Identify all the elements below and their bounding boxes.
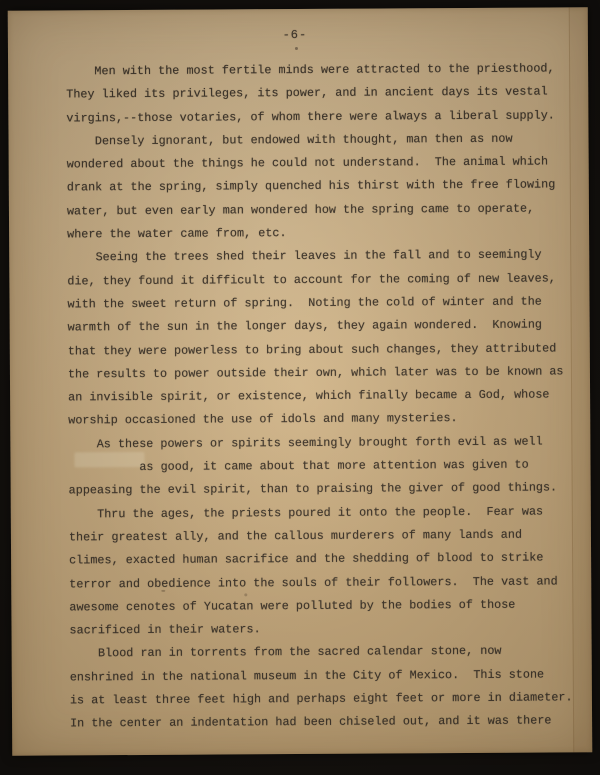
text-line: climes, exacted human sacrifice and the … — [69, 546, 585, 572]
text-line: worship occasioned the use of idols and … — [68, 407, 584, 433]
text-line: an invisible spirit, or existence, which… — [68, 383, 584, 409]
document-page: -6- Men with the most fertile minds were… — [8, 7, 593, 756]
text-line: that they were powerless to bring about … — [68, 337, 584, 363]
text-line: Seeing the trees shed their leaves in th… — [67, 244, 583, 270]
paragraph-1: Men with the most fertile minds were att… — [66, 57, 582, 130]
text-line: where the water came from, etc. — [67, 220, 583, 246]
text-line: They liked its privileges, its power, an… — [66, 81, 582, 107]
paragraph-6: Blood ran in torrents from the sacred ca… — [70, 640, 587, 736]
paragraph-4: As these powers or spirits seemingly bro… — [68, 430, 584, 503]
text-line: Blood ran in torrents from the sacred ca… — [70, 640, 586, 666]
text-line: As these powers or spirits seemingly bro… — [68, 430, 584, 456]
text-line: is at least three feet high and perhaps … — [70, 686, 586, 712]
text-line: wondered about the things he could not u… — [67, 150, 583, 176]
text-line: with the sweet return of spring. Noting … — [67, 290, 583, 316]
ink-speck — [295, 47, 298, 50]
text-line: In the center an indentation had been ch… — [70, 710, 586, 736]
text-line: as good, it came about that more attenti… — [68, 453, 584, 479]
text-line: their greatest ally, and the callous mur… — [69, 523, 585, 549]
text-line: virgins,--those votaries, of whom there … — [66, 104, 582, 130]
text-line: enshrined in the national museum in the … — [70, 663, 586, 689]
page-text: Men with the most fertile minds were att… — [66, 57, 586, 736]
text-line: terror and obedience into the souls of t… — [69, 570, 585, 596]
text-line: Thru the ages, the priests poured it ont… — [69, 500, 585, 526]
text-line: drank at the spring, simply quenched his… — [67, 174, 583, 200]
scan-background: -6- Men with the most fertile minds were… — [0, 0, 600, 775]
paragraph-3: Seeing the trees shed their leaves in th… — [67, 244, 584, 434]
text-line: Men with the most fertile minds were att… — [66, 57, 582, 83]
text-line: sacrificed in their waters. — [69, 616, 585, 642]
text-line: awesome cenotes of Yucatan were polluted… — [69, 593, 585, 619]
paragraph-2: Densely ignorant, but endowed with thoug… — [66, 127, 583, 247]
text-line: the results to power outside their own, … — [68, 360, 584, 386]
text-line: Densely ignorant, but endowed with thoug… — [66, 127, 582, 153]
text-line: die, they found it difficult to account … — [67, 267, 583, 293]
page-number: -6- — [8, 26, 582, 44]
text-line: water, but even early man wondered how t… — [67, 197, 583, 223]
text-line: appeasing the evil spirit, than to prais… — [69, 477, 585, 503]
text-line: warmth of the sun in the longer days, th… — [68, 314, 584, 340]
paragraph-5: Thru the ages, the priests poured it ont… — [69, 500, 586, 643]
